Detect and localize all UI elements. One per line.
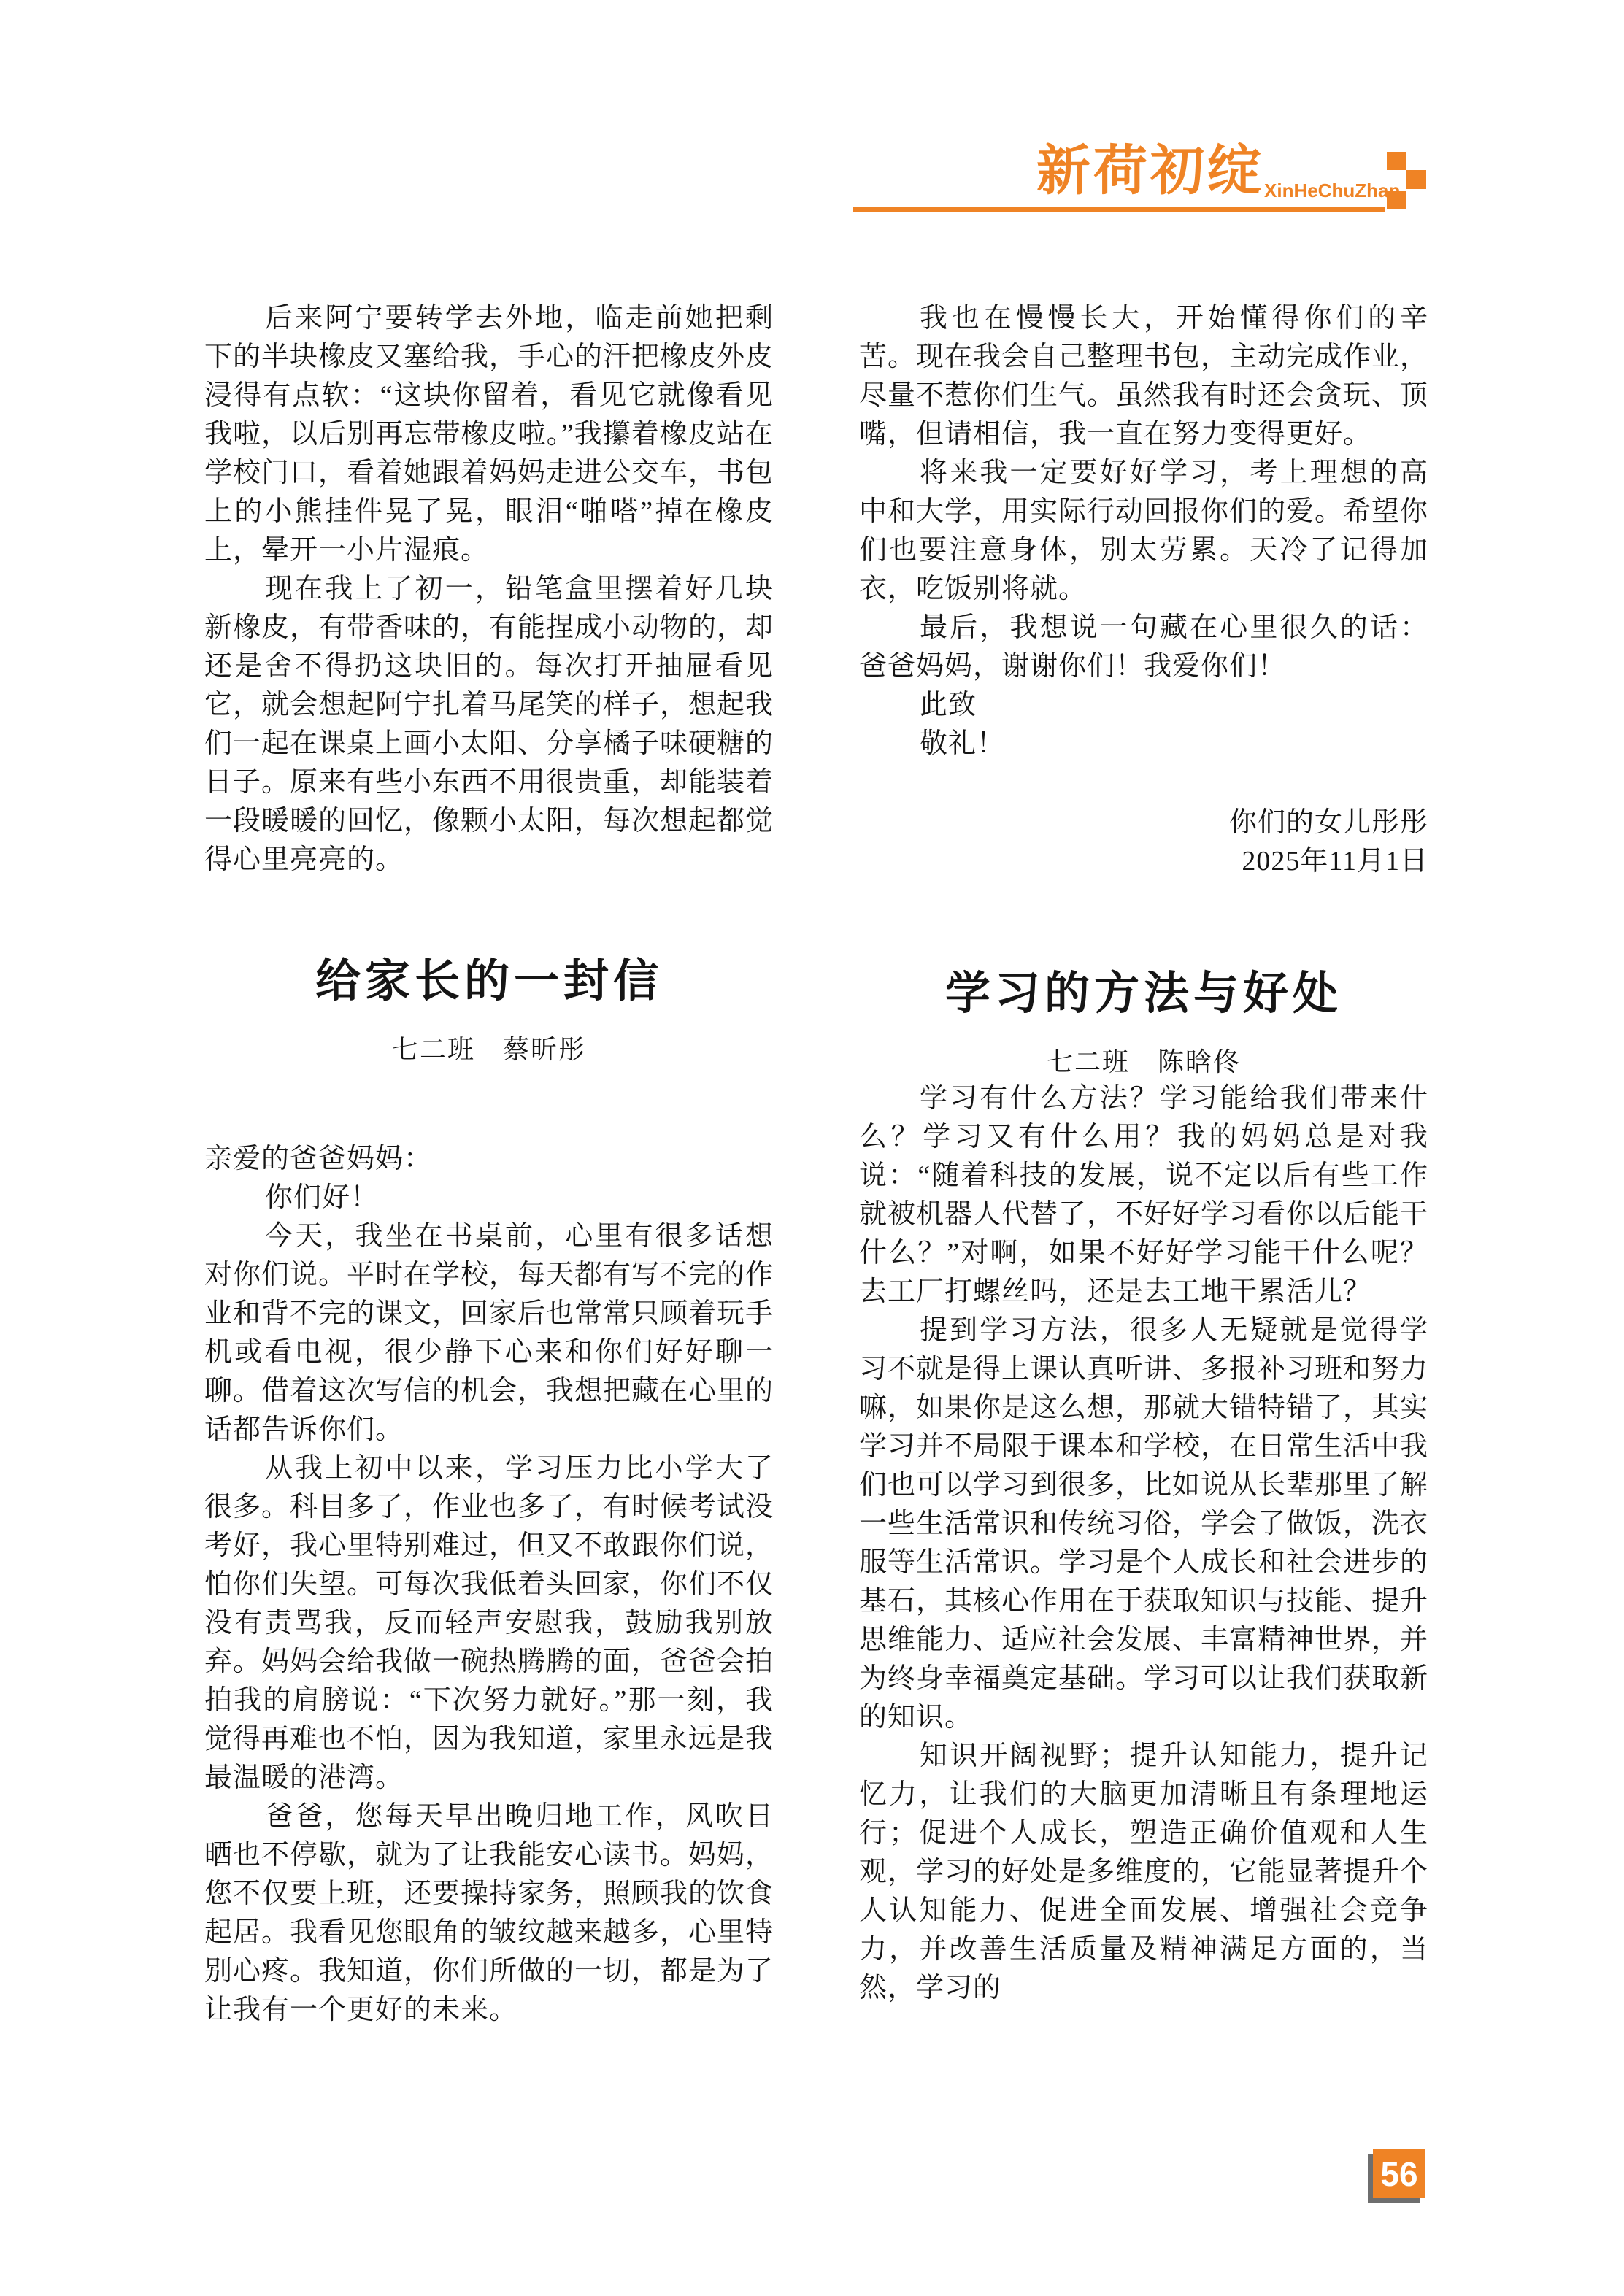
letter-paragraph: 今天，我坐在书桌前，心里有很多话想对你们说。平时在学校，每天都有写不完的作业和背…: [204, 1217, 774, 1449]
letter-date: 2025年11月1日: [859, 842, 1428, 881]
article-author-byline: 七二班 蔡昕彤: [204, 1032, 774, 1067]
logo-square-middle-icon: [1406, 170, 1426, 189]
magazine-page: 新荷初绽 XinHeChuZhan 后来阿宁要转学去外地，临走前她把剩下的半块橡…: [0, 0, 1624, 2296]
article-title-study-methods: 学习的方法与好处: [859, 961, 1428, 1027]
article-paragraph: 学习有什么方法？学习能给我们带来什么？学习又有什么用？我的妈妈总是对我说：“随着…: [859, 1079, 1428, 1311]
letter-paragraph: 最后，我想说一句藏在心里很久的话：爸爸妈妈，谢谢你们！我爱你们！: [859, 609, 1428, 686]
article-paragraph: 知识开阔视野；提升认知能力，提升记忆力，让我们的大脑更加清晰且有条理地运行；促进…: [859, 1737, 1428, 2008]
continuation-paragraph: 后来阿宁要转学去外地，临走前她把剩下的半块橡皮又塞给我，手心的汗把橡皮外皮浸得有…: [204, 299, 774, 570]
header-rule: [853, 207, 1385, 212]
letter-closing-cizhi: 此致: [859, 686, 1428, 725]
letter-greeting: 你们好！: [204, 1179, 774, 1217]
continuation-paragraph: 现在我上了初一，铅笔盒里摆着好几块新橡皮，有带香味的，有能捏成小动物的，却还是舍…: [204, 570, 774, 879]
letter-signature: 你们的女儿彤彤: [859, 804, 1428, 842]
page-number-badge: 56: [1373, 2149, 1425, 2198]
right-column: 我也在慢慢长大，开始懂得你们的辛苦。现在我会自己整理书包，主动完成作业，尽量不惹…: [859, 299, 1428, 2008]
page-number: 56: [1380, 2154, 1417, 2194]
logo-square-top-icon: [1387, 152, 1406, 170]
article-title-letter-to-parents: 给家长的一封信: [204, 949, 774, 1014]
letter-paragraph: 将来我一定要好好学习，考上理想的高中和大学，用实际行动回报你们的爱。希望你们也要…: [859, 454, 1428, 609]
letter-paragraph: 从我上初中以来，学习压力比小学大了很多。科目多了，作业也多了，有时候考试没考好，…: [204, 1449, 774, 1798]
letter-paragraph: 爸爸，您每天早出晚归地工作，风吹日晒也不停歇，就为了让我能安心读书。妈妈，您不仅…: [204, 1798, 774, 2030]
journal-logo-chinese: 新荷初绽: [1036, 145, 1264, 199]
letter-paragraph: 我也在慢慢长大，开始懂得你们的辛苦。现在我会自己整理书包，主动完成作业，尽量不惹…: [859, 299, 1428, 454]
letter-salutation: 亲爱的爸爸妈妈：: [204, 1140, 774, 1179]
article-paragraph: 提到学习方法，很多人无疑就是觉得学习不就是得上课认真听讲、多报补习班和努力嘛，如…: [859, 1311, 1428, 1737]
logo-square-bottom-icon: [1387, 191, 1406, 209]
journal-logo-pinyin: XinHeChuZhan: [1264, 181, 1400, 200]
letter-closing-jingli: 敬礼！: [859, 725, 1428, 763]
left-column: 后来阿宁要转学去外地，临走前她把剩下的半块橡皮又塞给我，手心的汗把橡皮外皮浸得有…: [204, 299, 774, 2030]
article-author-byline: 七二班 陈晗佟: [859, 1044, 1428, 1079]
